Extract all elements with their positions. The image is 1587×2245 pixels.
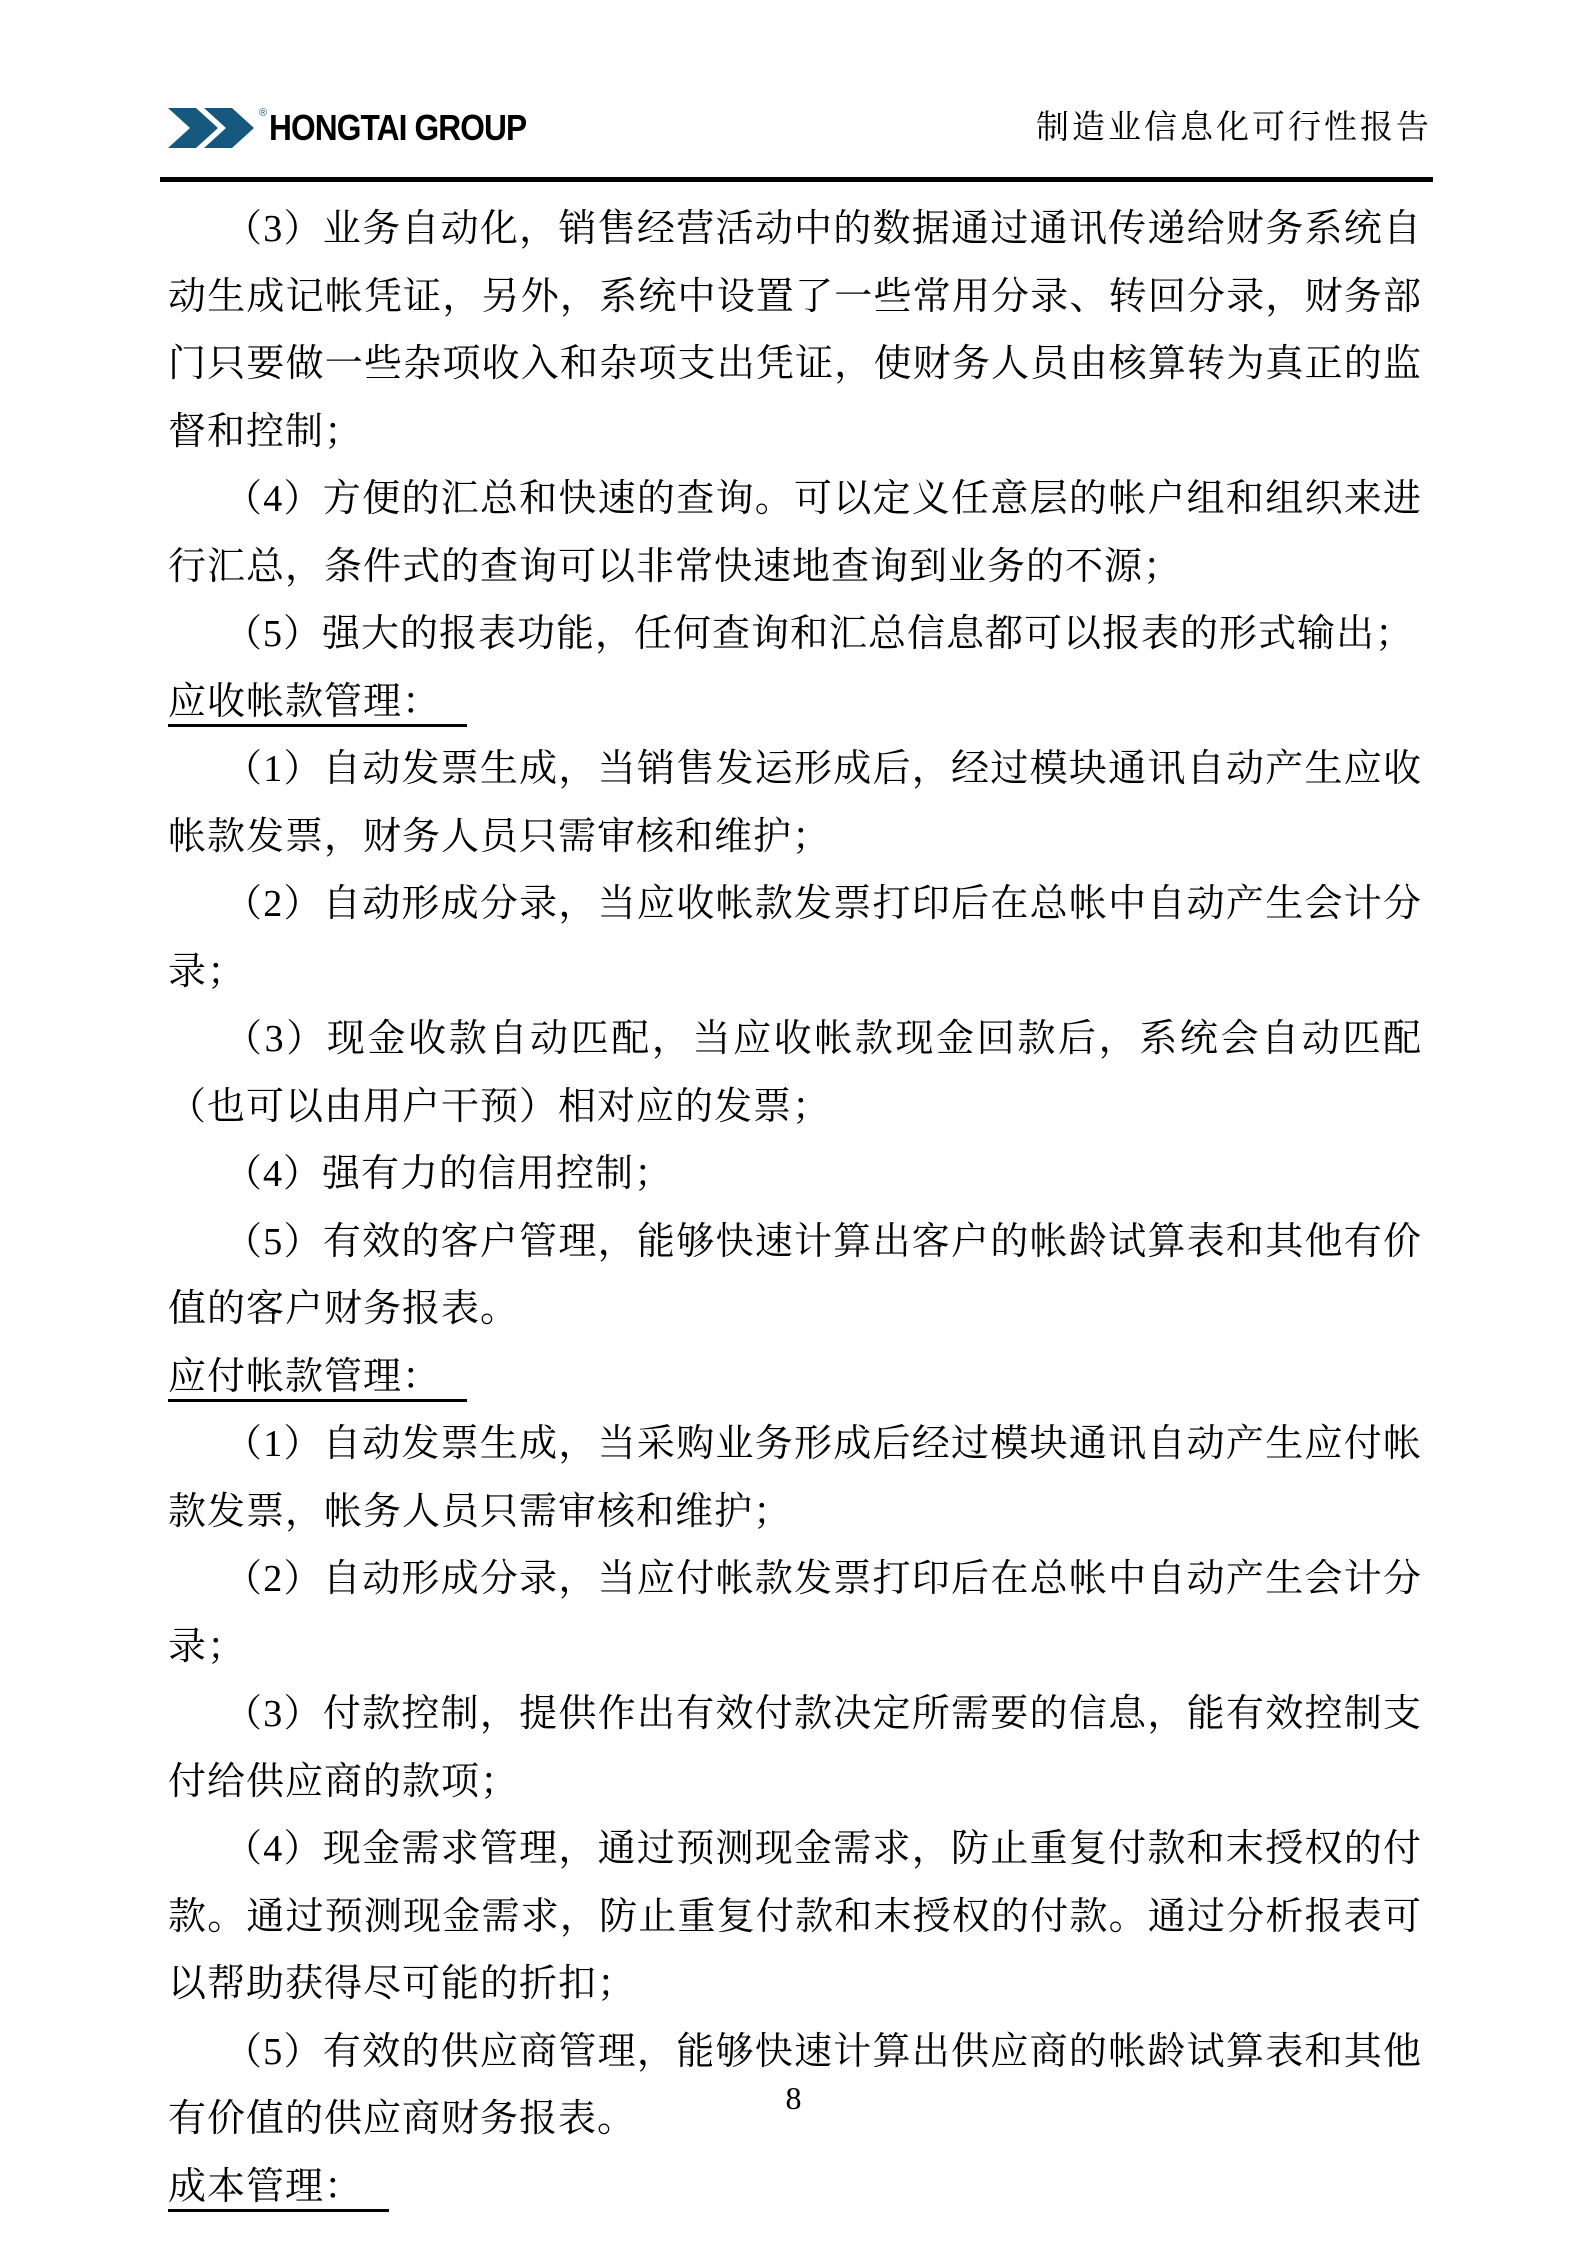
paragraph: （2）自动形成分录，当应付帐款发票打印后在总帐中自动产生会计分录； — [168, 1546, 1422, 1681]
section-heading: 应付帐款管理： — [168, 1344, 1422, 1412]
paragraph: （4）方便的汇总和快速的查询。可以定义任意层的帐户组和组织来进行汇总，条件式的查… — [168, 466, 1422, 601]
paragraph: （3）现金收款自动匹配，当应收帐款现金回款后，系统会自动匹配（也可以由用户干预）… — [168, 1006, 1422, 1141]
paragraph: （3）付款控制，提供作出有效付款决定所需要的信息，能有效控制支付给供应商的款项； — [168, 1681, 1422, 1816]
section-heading-text: 应收帐款管理： — [168, 681, 467, 727]
hongtai-logo: ® HONGTAI GROUP — [168, 108, 561, 148]
page-number: 8 — [786, 2080, 802, 2116]
logo-text: HONGTAI GROUP — [269, 108, 526, 148]
header-title: 制造业信息化可行性报告 — [1036, 108, 1432, 148]
paragraph: （5）有效的客户管理，能够快速计算出客户的帐龄试算表和其他有价值的客户财务报表。 — [168, 1209, 1422, 1344]
section-heading-text: 应付帐款管理： — [168, 1356, 467, 1402]
header-divider — [160, 177, 1433, 182]
page-footer: 8 — [0, 2080, 1587, 2117]
double-chevron-icon — [168, 108, 256, 148]
section-heading: 应收帐款管理： — [168, 669, 1422, 737]
paragraph: （1）自动发票生成，当销售发运形成后，经过模块通讯自动产生应收帐款发票，财务人员… — [168, 736, 1422, 871]
section-heading-text: 成本管理： — [168, 2166, 389, 2212]
paragraph: （2）自动形成分录，当应收帐款发票打印后在总帐中自动产生会计分录； — [168, 871, 1422, 1006]
paragraph: （1）自动发票生成，当采购业务形成后经过模块通讯自动产生应付帐款发票，帐务人员只… — [168, 1411, 1422, 1546]
paragraph: （4）现金需求管理，通过预测现金需求，防止重复付款和末授权的付款。通过预测现金需… — [168, 1816, 1422, 2019]
paragraph: （5）强大的报表功能，任何查询和汇总信息都可以报表的形式输出； — [168, 601, 1422, 669]
document-body: （3）业务自动化，销售经营活动中的数据通过通讯传递给财务系统自动生成记帐凭证，另… — [168, 196, 1422, 2221]
section-heading: 成本管理： — [168, 2154, 1422, 2222]
paragraph: （4）强有力的信用控制； — [168, 1141, 1422, 1209]
document-page: ® HONGTAI GROUP 制造业信息化可行性报告 （3）业务自动化，销售经… — [0, 0, 1587, 2245]
page-header: ® HONGTAI GROUP 制造业信息化可行性报告 — [168, 108, 1432, 148]
registered-mark-icon: ® — [259, 108, 267, 119]
paragraph: （3）业务自动化，销售经营活动中的数据通过通讯传递给财务系统自动生成记帐凭证，另… — [168, 196, 1422, 466]
